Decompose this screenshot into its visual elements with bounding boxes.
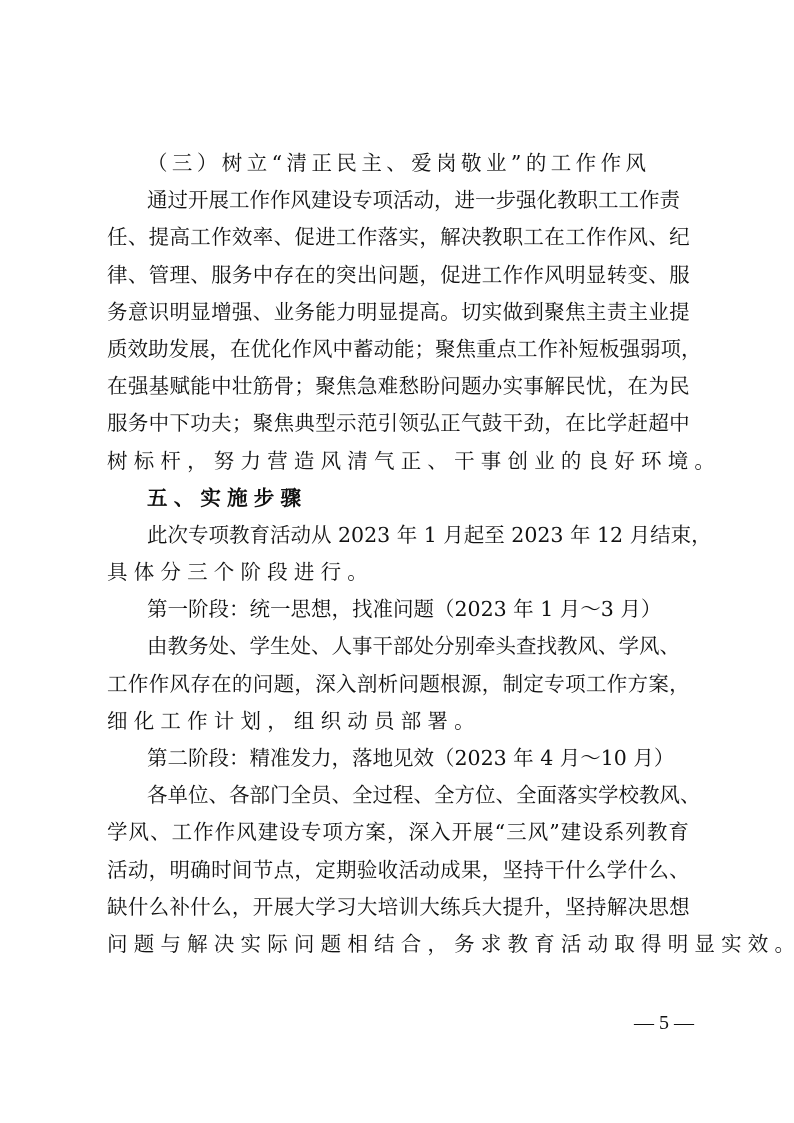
paragraph-line: 树标杆，努力营造风清气正、干事创业的良好环境。 (107, 443, 693, 480)
paragraph-line: 服务中下功夫；聚焦典型示范引领弘正气鼓干劲，在比学赶超中 (107, 405, 693, 442)
paragraph-line: 问题与解决实际问题相结合，务求教育活动取得明显实效。 (107, 926, 693, 963)
paragraph-line: 细化工作计划，组织动员部署。 (107, 703, 693, 740)
page-number: — 5 — (634, 1012, 694, 1035)
paragraph-line: 缺什么补什么，开展大学习大培训大练兵大提升，坚持解决思想 (107, 889, 693, 926)
paragraph-line: 通过开展工作作风建设专项活动，进一步强化教职工工作责 (107, 182, 693, 219)
paragraph-line: 此次专项教育活动从 2023 年 1 月起至 2023 年 12 月结束， (107, 517, 693, 554)
paragraph-line: 律、管理、服务中存在的突出问题，促进工作作风明显转变、服 (107, 257, 693, 294)
paragraph-line: 工作作风存在的问题，深入剖析问题根源，制定专项工作方案， (107, 666, 693, 703)
paragraph-line: 活动，明确时间节点，定期验收活动成果，坚持干什么学什么、 (107, 852, 693, 889)
paragraph-line: 学风、工作作风建设专项方案，深入开展“三风”建设系列教育 (107, 814, 693, 851)
paragraph-line: 任、提高工作效率、促进工作落实，解决教职工在工作作风、纪 (107, 219, 693, 256)
paragraph-line: 在强基赋能中壮筋骨；聚焦急难愁盼问题办实事解民忧，在为民 (107, 368, 693, 405)
paragraph-line: 各单位、各部门全员、全过程、全方位、全面落实学校教风、 (107, 777, 693, 814)
document-page: （三）树立“清正民主、爱岗敬业”的工作作风 通过开展工作作风建设专项活动，进一步… (107, 145, 693, 963)
subsection-heading-3: （三）树立“清正民主、爱岗敬业”的工作作风 (107, 145, 693, 182)
paragraph-line: 具体分三个阶段进行。 (107, 554, 693, 591)
paragraph-line: 务意识明显增强、业务能力明显提高。切实做到聚焦主责主业提 (107, 294, 693, 331)
phase-1-heading: 第一阶段：统一思想，找准问题（2023 年 1 月～3 月） (107, 591, 693, 628)
paragraph-line: 由教务处、学生处、人事干部处分别牵头查找教风、学风、 (107, 628, 693, 665)
paragraph-line: 质效助发展，在优化作风中蓄动能；聚焦重点工作补短板强弱项， (107, 331, 693, 368)
section-heading-5: 五、实施步骤 (107, 480, 693, 517)
phase-2-heading: 第二阶段：精准发力，落地见效（2023 年 4 月～10 月） (107, 740, 693, 777)
